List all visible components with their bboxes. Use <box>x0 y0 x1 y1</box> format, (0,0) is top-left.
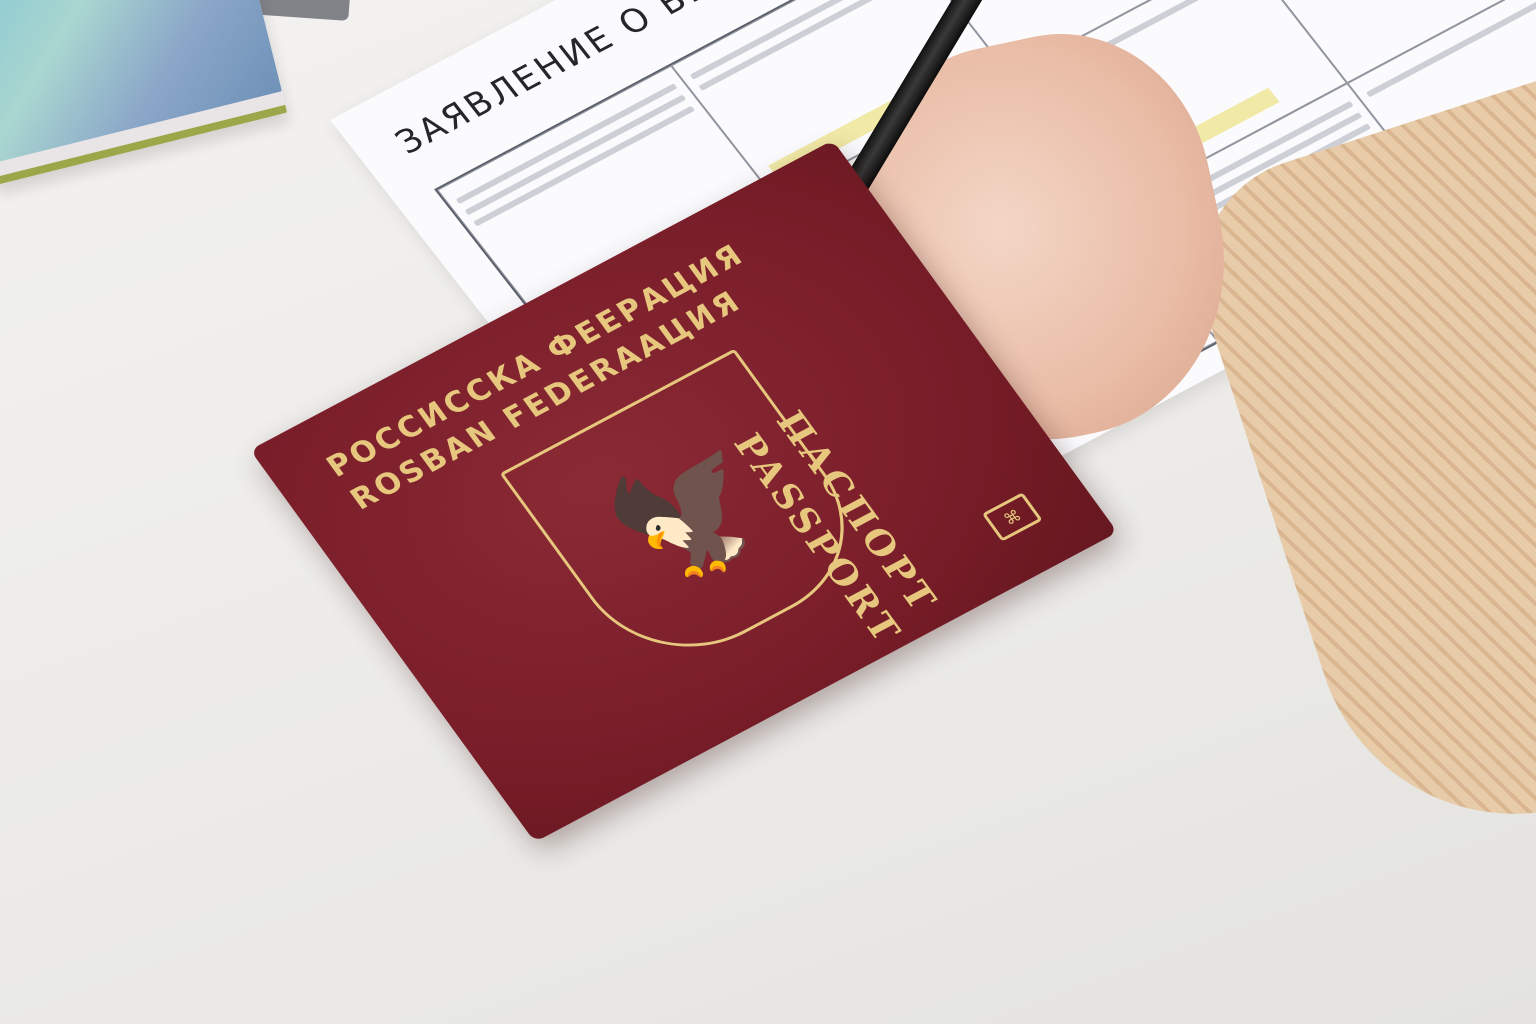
biometric-chip-icon: ⌘ <box>982 492 1043 541</box>
chip-glyph: ⌘ <box>1000 505 1025 528</box>
notebook <box>0 0 282 164</box>
